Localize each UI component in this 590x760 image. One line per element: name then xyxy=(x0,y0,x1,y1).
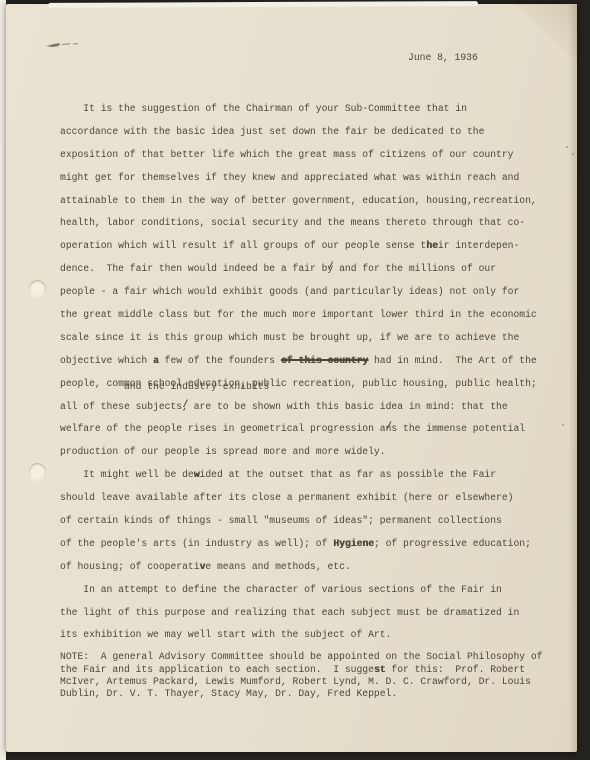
document-line: attainable to them in the way of better … xyxy=(60,190,560,213)
document-line: the light of this purpose and realizing … xyxy=(60,602,560,625)
document-body: It is the suggestion of the Chairman of … xyxy=(60,98,560,701)
date-line: June 8, 1936 xyxy=(408,52,478,63)
note-line: the Fair and its application to each sec… xyxy=(60,664,560,676)
document-line: dence. The fair then would indeed be a f… xyxy=(60,258,560,281)
paper-speck xyxy=(572,153,574,155)
note-line: NOTE: A general Advisory Committee shoul… xyxy=(60,651,560,663)
document-line: accordance with the basic idea just set … xyxy=(60,121,560,144)
pencil-mark xyxy=(44,40,84,49)
document-line: people - a fair which would exhibit good… xyxy=(60,281,560,304)
torn-top-edge xyxy=(48,1,478,8)
punch-hole xyxy=(29,463,46,480)
document-line: welfare of the people rises in geometric… xyxy=(60,418,560,441)
punch-hole xyxy=(29,280,46,297)
document-line: its exhibition we may well start with th… xyxy=(60,624,560,647)
document-line: In an attempt to define the character of… xyxy=(60,579,560,602)
document-line: objective which a few of the founders of… xyxy=(60,350,560,373)
document-line: all of these subjects, are to be shown w… xyxy=(60,396,560,419)
note-line: Dublin, Dr. V. T. Thayer, Stacy May, Dr.… xyxy=(60,688,560,700)
paper-speck xyxy=(566,146,568,148)
paper-sheet: June 8, 1936 It is the suggestion of the… xyxy=(6,4,577,752)
document-line: exposition of that better life which the… xyxy=(60,144,560,167)
document-line: might get for themselves if they knew an… xyxy=(60,167,560,190)
document-line: production of our people is spread more … xyxy=(60,441,560,464)
document-line: operation which will result if all group… xyxy=(60,235,560,258)
document-line: It might well be dewided at the outset t… xyxy=(60,464,560,487)
document-line: health, labor conditions, social securit… xyxy=(60,212,560,235)
document-line: It is the suggestion of the Chairman of … xyxy=(60,98,560,121)
document-line: the great middle class but for the much … xyxy=(60,304,560,327)
document-line: scale since it is this group which must … xyxy=(60,327,560,350)
document-line: of the people's arts (in industry as wel… xyxy=(60,533,560,556)
document-line: should leave available after its close a… xyxy=(60,487,560,510)
note-line: McIver, Artemus Packard, Lewis Mumford, … xyxy=(60,676,560,688)
document-line: of housing; of cooperative means and met… xyxy=(60,556,560,579)
paper-speck xyxy=(562,424,564,426)
folded-corner xyxy=(505,4,577,62)
document-line: of certain kinds of things - small "muse… xyxy=(60,510,560,533)
scanned-document-view: June 8, 1936 It is the suggestion of the… xyxy=(0,0,590,760)
